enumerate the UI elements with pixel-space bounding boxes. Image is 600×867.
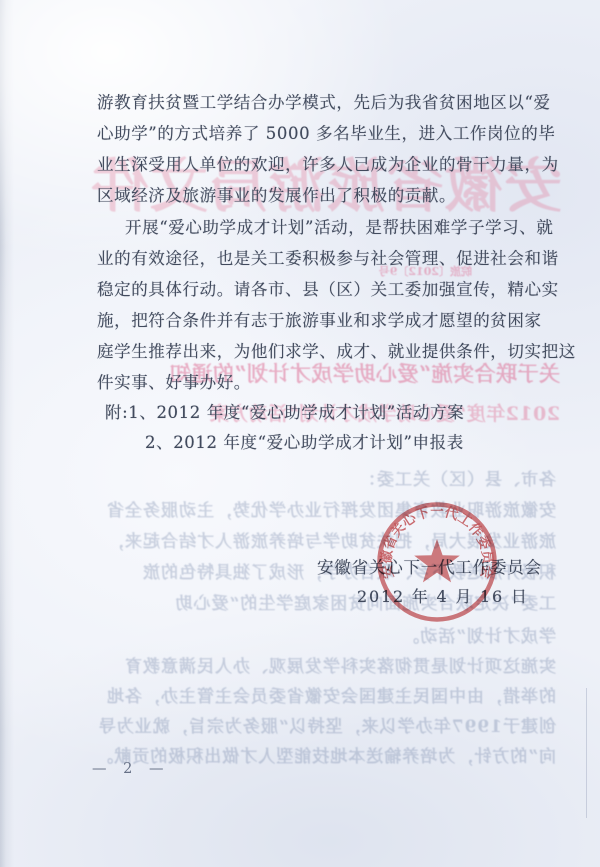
body-line: 施，把符合条件并有志于旅游事业和求学成才愿望的贫困家	[97, 307, 542, 331]
attachment-line: 附:1、2012 年度“爱心助学成才计划”活动方案	[97, 399, 464, 423]
body-line: 业生深受用人单位的欢迎，许多人已成为企业的骨干力量，为	[97, 151, 559, 175]
body-line: 稳定的具体行动。请各市、县（区）关工委加强宣传，精心实	[97, 276, 559, 300]
body-line: 庭学生推荐出来，为他们求学、成才、就业提供条件，切实把这	[97, 338, 576, 362]
page-edge-shadow	[586, 688, 587, 818]
seal-star-icon	[414, 539, 460, 582]
body-line: 开展“爱心助学成才计划”活动，是帮扶困难学子学习、就	[97, 214, 553, 238]
document-page: 安徽省旅游局文件 皖旅〔2012〕9号 关于联合实施“爱心助学成才计划”的通知 …	[0, 0, 600, 867]
body-line: 业的有效途径，也是关工委积极参与社会管理、促进社会和谐	[97, 245, 559, 269]
body-line: 游教育扶贫暨工学结合办学模式，先后为我省贫困地区以“爱	[97, 89, 551, 113]
attachment-line: 2、2012 年度“爱心助学成才计划”申报表	[97, 429, 464, 453]
body-line: 心助学”的方式培养了 5000 多名毕业生，进入工作岗位的毕	[97, 120, 555, 144]
body-line: 区域经济及旅游事业的发展作出了积极的贡献。	[97, 182, 456, 206]
official-seal: 安徽省关心下一代工作委员会	[372, 497, 502, 627]
body-line: 件实事、好事办好。	[97, 369, 251, 393]
bleedthrough-line: 各市、县（区）关工委：	[62, 465, 556, 490]
bleedthrough-line: 创建于1997年办学以来，坚持以“服务为宗旨，就业为导	[62, 712, 556, 737]
bleedthrough-line: 的举措，由中国民主建国会安徽省委员会主管主办，各地	[62, 682, 556, 707]
page-number: — 2 —	[92, 761, 169, 777]
bleedthrough-line: 实施这项计划是贯彻落实科学发展观、办人民满意教育	[62, 652, 556, 677]
